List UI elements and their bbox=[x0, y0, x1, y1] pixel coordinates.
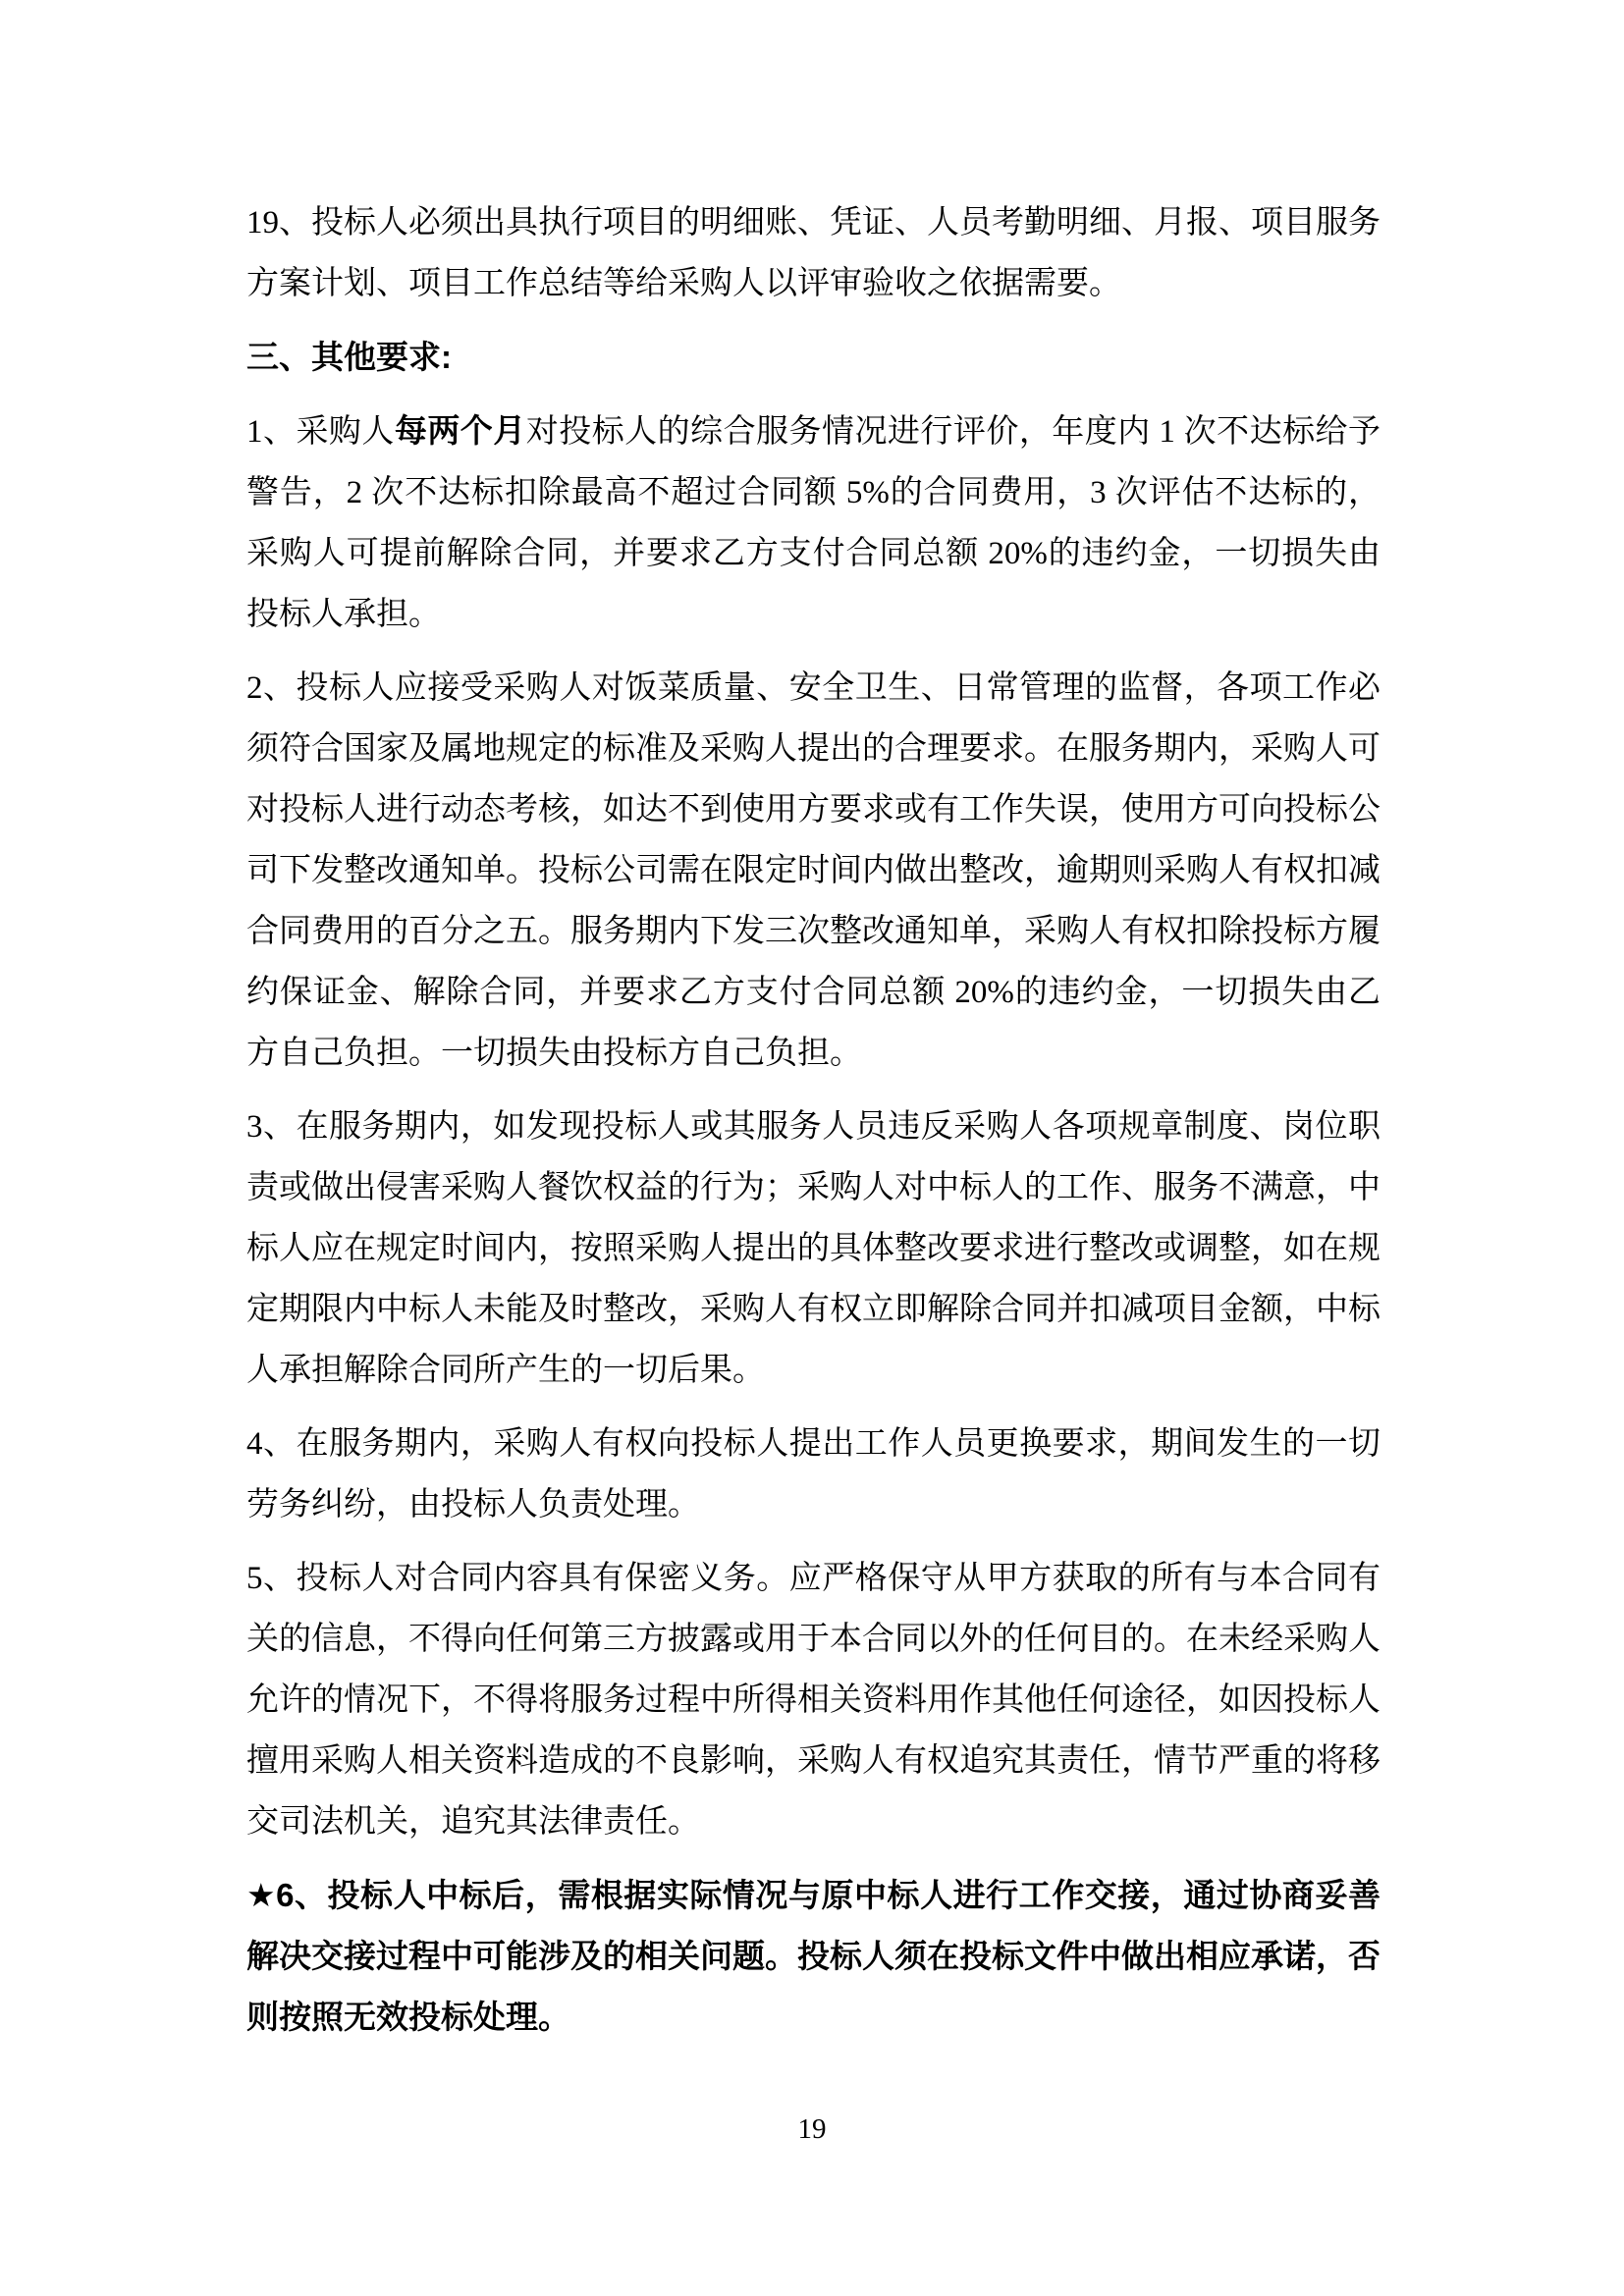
page-footer: 19 bbox=[0, 2110, 1624, 2148]
text-run: 19、投标人必须出具执行项目的明细账、凭证、人员考勤明细、月报、项目服务方案计划… bbox=[246, 205, 1380, 301]
text-run: 1、采购人 bbox=[246, 414, 395, 450]
clause-3-2: 2、投标人应接受采购人对饭菜质量、安全卫生、日常管理的监督，各项工作必须符合国家… bbox=[246, 658, 1380, 1084]
bold-text-run: 每两个月 bbox=[395, 412, 526, 449]
clause-3-4: 4、在服务期内，采购人有权向投标人提出工作人员更换要求，期间发生的一切劳务纠纷，… bbox=[246, 1414, 1380, 1535]
text-run: 5、投标人对合同内容具有保密义务。应严格保守从甲方获取的所有与本合同有关的信息，… bbox=[246, 1561, 1380, 1840]
clause-3-3: 3、在服务期内，如发现投标人或其服务人员违反采购人各项规章制度、岗位职责或做出侵… bbox=[246, 1096, 1380, 1401]
clause-3-5: 5、投标人对合同内容具有保密义务。应严格保守从甲方获取的所有与本合同有关的信息，… bbox=[246, 1548, 1380, 1852]
text-run: 3、在服务期内，如发现投标人或其服务人员违反采购人各项规章制度、岗位职责或做出侵… bbox=[246, 1109, 1380, 1388]
section-3-heading: 三、其他要求: bbox=[246, 327, 1380, 388]
bold-text-run: ★6、投标人中标后，需根据实际情况与原中标人进行工作交接，通过协商妥善解决交接过… bbox=[246, 1877, 1380, 2035]
document-body: 19、投标人必须出具执行项目的明细账、凭证、人员考勤明细、月报、项目服务方案计划… bbox=[246, 192, 1380, 2048]
document-page: 19、投标人必须出具执行项目的明细账、凭证、人员考勤明细、月报、项目服务方案计划… bbox=[0, 0, 1624, 2296]
bold-text-run: 三、其他要求: bbox=[246, 339, 452, 375]
text-run: 4、在服务期内，采购人有权向投标人提出工作人员更换要求，期间发生的一切劳务纠纷，… bbox=[246, 1426, 1380, 1522]
clause-3-6-starred: ★6、投标人中标后，需根据实际情况与原中标人进行工作交接，通过协商妥善解决交接过… bbox=[246, 1865, 1380, 2048]
page-number: 19 bbox=[798, 2113, 827, 2145]
clause-19: 19、投标人必须出具执行项目的明细账、凭证、人员考勤明细、月报、项目服务方案计划… bbox=[246, 192, 1380, 314]
clause-3-1: 1、采购人每两个月对投标人的综合服务情况进行评价，年度内 1 次不达标给予警告，… bbox=[246, 400, 1380, 645]
text-run: 2、投标人应接受采购人对饭菜质量、安全卫生、日常管理的监督，各项工作必须符合国家… bbox=[246, 670, 1380, 1071]
